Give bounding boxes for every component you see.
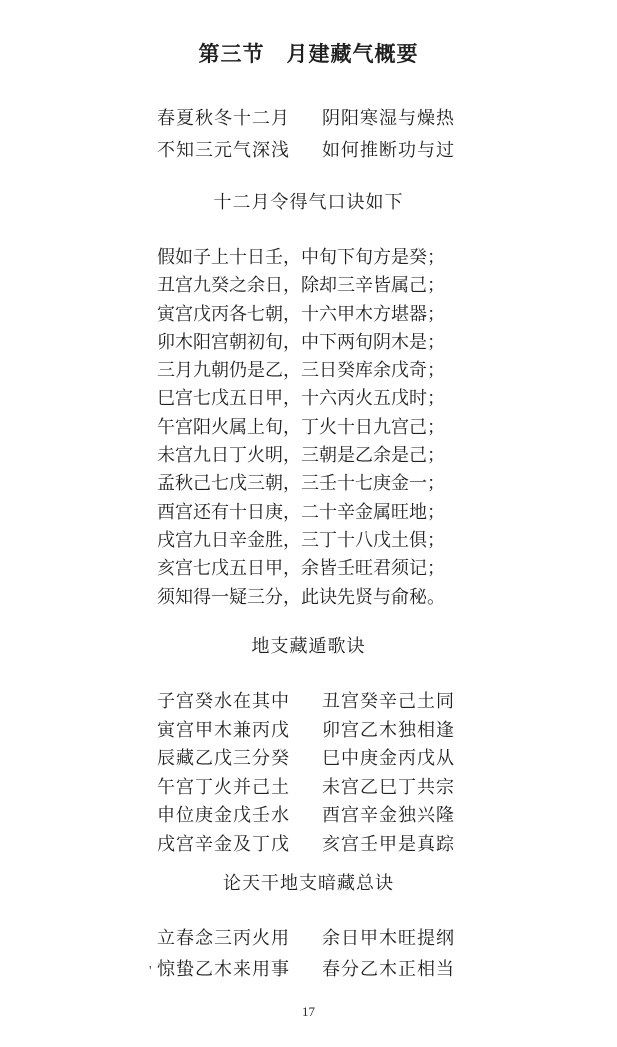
verse-row: 辰藏乙戊三分癸 巳中庚金丙戊从	[157, 744, 455, 773]
verse-row: 午宫丁火并己土 未宫乙巳丁共宗	[157, 773, 455, 802]
verse-left-phrase: 午宫丁火并己土	[157, 773, 322, 802]
verse-line: 巳宫七戊五日甲，十六丙火五戊时；	[157, 384, 445, 412]
verse-row: 戌宫辛金及丁戊 亥宫壬甲是真踪	[157, 830, 455, 859]
verse-row: 立春念三丙火用 余日甲木旺提纲	[157, 923, 455, 954]
verse-left-text: 惊蛰乙木来用事	[157, 959, 290, 979]
verse-line: 寅宫戊丙各七朝，十六甲木方堪器；	[157, 300, 445, 328]
couplet-left-phrase: 不知三元气深浅	[157, 134, 322, 166]
verse-left-phrase: '惊蛰乙木来用事	[157, 954, 322, 987]
verse-line: 须知得一疑三分，此诀先贤与俞秘。	[157, 583, 445, 611]
verse-row: 申位庚金戊壬水 酉宫辛金独兴隆	[157, 801, 455, 830]
verse-right-phrase: 余日甲木旺提纲	[322, 923, 455, 954]
couplet-row: 春夏秋冬十二月 阴阳寒湿与燥热	[157, 102, 455, 134]
couplet-right-phrase: 如何推断功与过	[322, 134, 455, 166]
verse-left-phrase: 子宫癸水在其中	[157, 687, 322, 716]
verse-line: 午宫阳火属上旬，丁火十日九宫己；	[157, 413, 445, 441]
page-number: 17	[0, 1004, 617, 1020]
verse-left-phrase: 辰藏乙戊三分癸	[157, 744, 322, 773]
verse-row: '惊蛰乙木来用事 春分乙木正相当	[157, 954, 455, 987]
verse-line: 卯木阳宫朝初旬，中下两旬阴木是；	[157, 328, 445, 356]
verse-right-phrase: 巳中庚金丙戊从	[322, 744, 455, 773]
verse-right-phrase: 酉宫辛金独兴隆	[322, 801, 455, 830]
verse-right-phrase: 未宫乙巳丁共宗	[322, 773, 455, 802]
verse-line: 戌宫九日辛金胜，三丁十八戊土俱；	[157, 526, 445, 554]
verse-left-phrase: 立春念三丙火用	[157, 923, 322, 954]
intro-couplet: 春夏秋冬十二月 阴阳寒湿与燥热 不知三元气深浅 如何推断功与过	[157, 102, 455, 166]
verse-row: 子宫癸水在其中 丑宫癸辛己土同	[157, 687, 455, 716]
verse-line: 亥宫七戊五日甲，余皆壬旺君须记；	[157, 554, 445, 582]
verse-line: 三月九朝仍是乙，三日癸库余戊奇；	[157, 356, 445, 384]
verse-right-phrase: 丑宫癸辛己土同	[322, 687, 455, 716]
couplet-right-phrase: 阴阳寒湿与燥热	[322, 102, 455, 134]
verse-right-phrase: 卯宫乙木独相逢	[322, 716, 455, 745]
book-page: 第三节 月建藏气概要 春夏秋冬十二月 阴阳寒湿与燥热 不知三元气深浅 如何推断功…	[0, 0, 617, 1047]
section-title: 第三节 月建藏气概要	[0, 38, 617, 68]
verse-right-phrase: 亥宫壬甲是真踪	[322, 830, 455, 859]
verse-line: 丑宫九癸之余日，除却三辛皆属己；	[157, 271, 445, 299]
month-qi-heading: 十二月令得气口诀如下	[0, 188, 617, 214]
verse-left-phrase: 戌宫辛金及丁戊	[157, 830, 322, 859]
verse-line: 酉宫还有十日庚，二十辛金属旺地；	[157, 498, 445, 526]
verse-row: 寅宫甲木兼丙戊 卯宫乙木独相逢	[157, 716, 455, 745]
hidden-stems-verse: 立春念三丙火用 余日甲木旺提纲 '惊蛰乙木来用事 春分乙木正相当	[157, 923, 455, 987]
month-qi-verse: 假如子上十日壬，中旬下旬方是癸； 丑宫九癸之余日，除却三辛皆属己； 寅宫戊丙各七…	[157, 243, 445, 611]
verse-line: 未宫九日丁火明，三朝是乙余是己；	[157, 441, 445, 469]
branch-hidden-verse: 子宫癸水在其中 丑宫癸辛己土同 寅宫甲木兼丙戊 卯宫乙木独相逢 辰藏乙戊三分癸 …	[157, 687, 455, 859]
verse-left-phrase: 寅宫甲木兼丙戊	[157, 716, 322, 745]
couplet-left-phrase: 春夏秋冬十二月	[157, 102, 322, 134]
verse-left-phrase: 申位庚金戊壬水	[157, 801, 322, 830]
branch-hidden-heading: 地支藏遁歌诀	[0, 632, 617, 658]
verse-line: 孟秋己七戊三朝，三壬十七庚金一；	[157, 469, 445, 497]
verse-right-phrase: 春分乙木正相当	[322, 954, 455, 987]
couplet-row: 不知三元气深浅 如何推断功与过	[157, 134, 455, 166]
verse-line: 假如子上十日壬，中旬下旬方是癸；	[157, 243, 445, 271]
hidden-stems-heading: 论天干地支暗藏总诀	[0, 869, 617, 895]
